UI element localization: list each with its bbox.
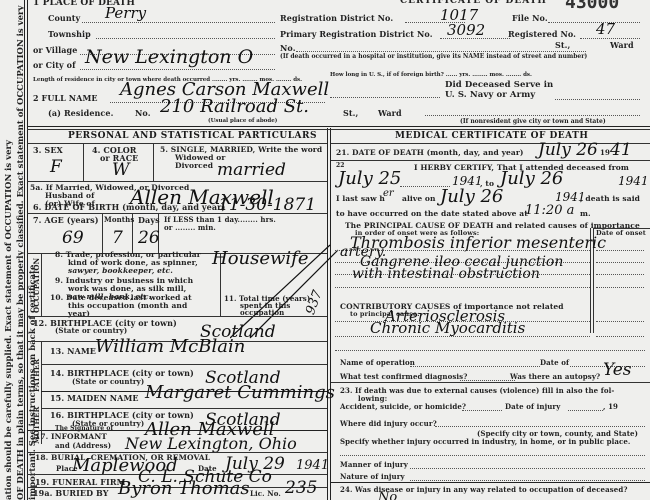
color-value: W <box>112 160 129 180</box>
marital-label-3: Divorced <box>175 161 213 170</box>
contributory-line-2: Chronic Myocarditis <box>370 319 525 337</box>
age-days-value: 26 <box>138 228 160 248</box>
usual-abode-note: (Usual place of abode) <box>208 118 277 124</box>
father-bp-label-2: (State or country) <box>72 377 144 386</box>
time-suffix: m. <box>580 209 591 218</box>
primary-reg-value: 3092 <box>447 21 485 39</box>
autopsy-value: Yes <box>603 360 632 380</box>
buried-by-label: 19a. BURIED BY <box>33 488 109 498</box>
date-of-death-year: 41 <box>610 140 632 160</box>
test-label: What test confirmed diagnosis? <box>340 372 467 381</box>
father-side-label: FATHER <box>32 359 41 392</box>
occurred-label: to have occurred on the date stated abov… <box>336 209 528 218</box>
residence-st-label: St., <box>343 108 358 118</box>
navy-army-label-2: U. S. Navy or Army <box>445 90 535 100</box>
mother-name-label: 15. MAIDEN NAME <box>50 393 139 403</box>
occupation-related-value: No <box>378 490 397 500</box>
death-said-label: , death is said <box>580 194 640 203</box>
cause-line-4: with intestinal obstruction <box>352 266 540 282</box>
hospital-note: (If death occurred in a hospital or inst… <box>280 53 587 60</box>
reg-district-label: Registration District No. <box>280 13 393 23</box>
mother-name-value: Margaret Cummings <box>145 382 335 403</box>
time-value: 11:20 a <box>525 203 574 218</box>
occupation-side-label: OCCUPATION <box>32 258 41 313</box>
last-saw-date: July 26 <box>440 186 503 207</box>
age-years-value: 69 <box>62 228 84 248</box>
street-no-label: No. <box>280 43 296 53</box>
stamp-number: 43000 <box>565 0 619 13</box>
informant-label: The Signature of <box>55 425 113 432</box>
residence-ward-label: Ward <box>378 108 402 118</box>
dob-label: 6. DATE OF BIRTH (month, day, and year) <box>33 202 225 212</box>
date-of-label: Date of <box>540 358 569 367</box>
nonresident-note: (If nonresident give city or town and St… <box>460 118 606 125</box>
lic-label: Lic. No. <box>250 489 281 498</box>
primary-reg-label: Primary Registration District No. <box>280 29 433 39</box>
nature-label: Nature of injury <box>340 472 405 481</box>
navy-army-label: Did Deceased Serve in <box>445 80 553 90</box>
city-value: New Lexington O <box>85 46 253 68</box>
sex-label: 3. SEX <box>33 145 63 155</box>
informant-label-2: 17. INFORMANT <box>35 432 107 441</box>
father-name-label: 13. NAME <box>50 346 96 356</box>
attended-to-year: 1941 <box>618 174 649 188</box>
manner-label: Manner of injury <box>340 460 408 469</box>
informant-address: New Lexington, Ohio <box>125 434 297 453</box>
accident-label: Accident, suicide, or homicide? <box>340 402 466 411</box>
birthplace-label-2: (State or country) <box>55 326 127 335</box>
operation-label: Name of operation <box>340 358 415 367</box>
buried-by-value: Byron Thomas <box>118 478 250 499</box>
registered-no-label: Registered No. <box>508 29 576 39</box>
funeral-label: 19. FUNERAL FIRM <box>35 477 126 487</box>
village-label: or Village <box>33 45 77 55</box>
age-label: 7. AGE (years) <box>33 215 99 225</box>
sex-value: F <box>50 157 62 177</box>
burial-year-value: 1941 <box>296 458 329 473</box>
date-of-death-label: 21. DATE OF DEATH (month, day, and year) <box>336 148 524 157</box>
attended-to: July 26 <box>500 168 563 189</box>
trade-label-3: sawyer, bookkeeper, etc. <box>68 266 173 275</box>
file-no-label: File No. <box>512 13 548 23</box>
where-injury-label: Where did injury occur? <box>340 419 437 428</box>
father-name-value: William McBlain <box>95 336 245 357</box>
city-label: or City of <box>33 60 76 70</box>
date-of-death-value: July 26 <box>538 140 598 160</box>
dob-value: 11-30-1871 <box>218 195 316 215</box>
attended-from: July 25 <box>338 168 401 189</box>
full-name-label: 2 FULL NAME <box>33 93 98 103</box>
personal-section-title: PERSONAL AND STATISTICAL PARTICULARS <box>68 131 317 141</box>
specify-place-label: Specify whether injury occurred in indus… <box>340 437 630 446</box>
injury-year-label: , 19 <box>603 402 618 411</box>
injury-date-label: Date of injury <box>505 402 560 411</box>
residence-no-label: No. <box>135 108 151 118</box>
age-months-value: 7 <box>112 228 123 248</box>
residence-value: 210 Railroad St. <box>160 96 309 117</box>
foreign-birth-label: How long in U. S., if of foreign birth? … <box>330 72 532 78</box>
days-label: Days <box>138 215 160 225</box>
registered-no-value: 47 <box>596 20 615 38</box>
county-label: County <box>48 13 80 23</box>
months-label: Months <box>104 215 134 224</box>
date-of-death-year-prefix: 19 <box>600 148 610 157</box>
side-instructions-1: ation should be carefully supplied. Exac… <box>4 140 14 500</box>
lic-value: 235 <box>285 478 317 498</box>
less-than-label-2: or ........ min. <box>164 223 216 232</box>
last-saw-label: I last saw h <box>336 194 385 203</box>
alive-on-label: alive on <box>402 194 436 203</box>
street-st-label: St., <box>555 40 570 50</box>
informant-label-3: and (Address) <box>55 441 111 450</box>
township-label: Township <box>48 29 91 39</box>
residence-label: (a) Residence. <box>48 108 113 118</box>
autopsy-label: Was there an autopsy? <box>510 372 600 381</box>
marital-value: married <box>217 160 286 180</box>
county-value: Perry <box>105 4 146 22</box>
last-saw-pronoun: er <box>383 188 394 199</box>
street-ward-label: Ward <box>610 40 634 50</box>
